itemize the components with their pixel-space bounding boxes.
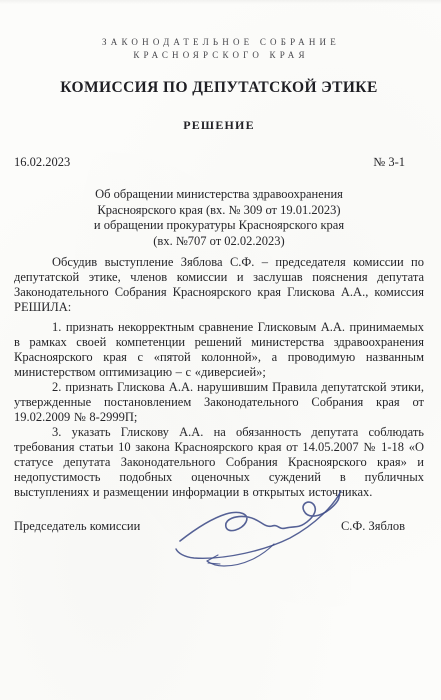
resolution-item-3: 3. указать Глискову А.А. на обязанность …	[14, 425, 424, 500]
subject-block: Об обращении министерства здравоохранени…	[14, 187, 424, 249]
signer-role: Председатель комиссии	[14, 519, 140, 534]
meta-row: 16.02.2023 № 3-1	[14, 155, 424, 170]
doc-number: № 3-1	[373, 155, 405, 170]
subject-line-3: и обращении прокуратуры Красноярского кр…	[14, 218, 424, 234]
signature-row: Председатель комиссии С.Ф. Зяблов	[14, 519, 424, 534]
doc-type-heading: РЕШЕНИЕ	[14, 118, 424, 133]
resolution-body: Обсудив выступление Зяблова С.Ф. – предс…	[14, 255, 424, 500]
subject-line-4: (вх. №707 от 02.02.2023)	[14, 234, 424, 250]
org-name-line-2: КРАСНОЯРСКОГО КРАЯ	[18, 49, 424, 62]
signer-name: С.Ф. Зяблов	[341, 519, 405, 534]
preamble-paragraph: Обсудив выступление Зяблова С.Ф. – предс…	[14, 255, 424, 315]
doc-date: 16.02.2023	[14, 155, 70, 170]
subject-line-1: Об обращении министерства здравоохранени…	[14, 187, 424, 203]
org-name-line-1: ЗАКОНОДАТЕЛЬНОЕ СОБРАНИЕ	[18, 36, 424, 49]
subject-line-2: Красноярского края (вх. № 309 от 19.01.2…	[14, 203, 424, 219]
org-name-block: ЗАКОНОДАТЕЛЬНОЕ СОБРАНИЕ КРАСНОЯРСКОГО К…	[14, 36, 424, 62]
resolution-item-1: 1. признать некорректным сравнение Глиск…	[14, 320, 424, 380]
commission-title: КОМИССИЯ ПО ДЕПУТАТСКОЙ ЭТИКЕ	[14, 79, 424, 97]
resolution-item-2: 2. признать Глискова А.А. нарушившим Пра…	[14, 380, 424, 425]
document-page: ЗАКОНОДАТЕЛЬНОЕ СОБРАНИЕ КРАСНОЯРСКОГО К…	[0, 0, 441, 700]
